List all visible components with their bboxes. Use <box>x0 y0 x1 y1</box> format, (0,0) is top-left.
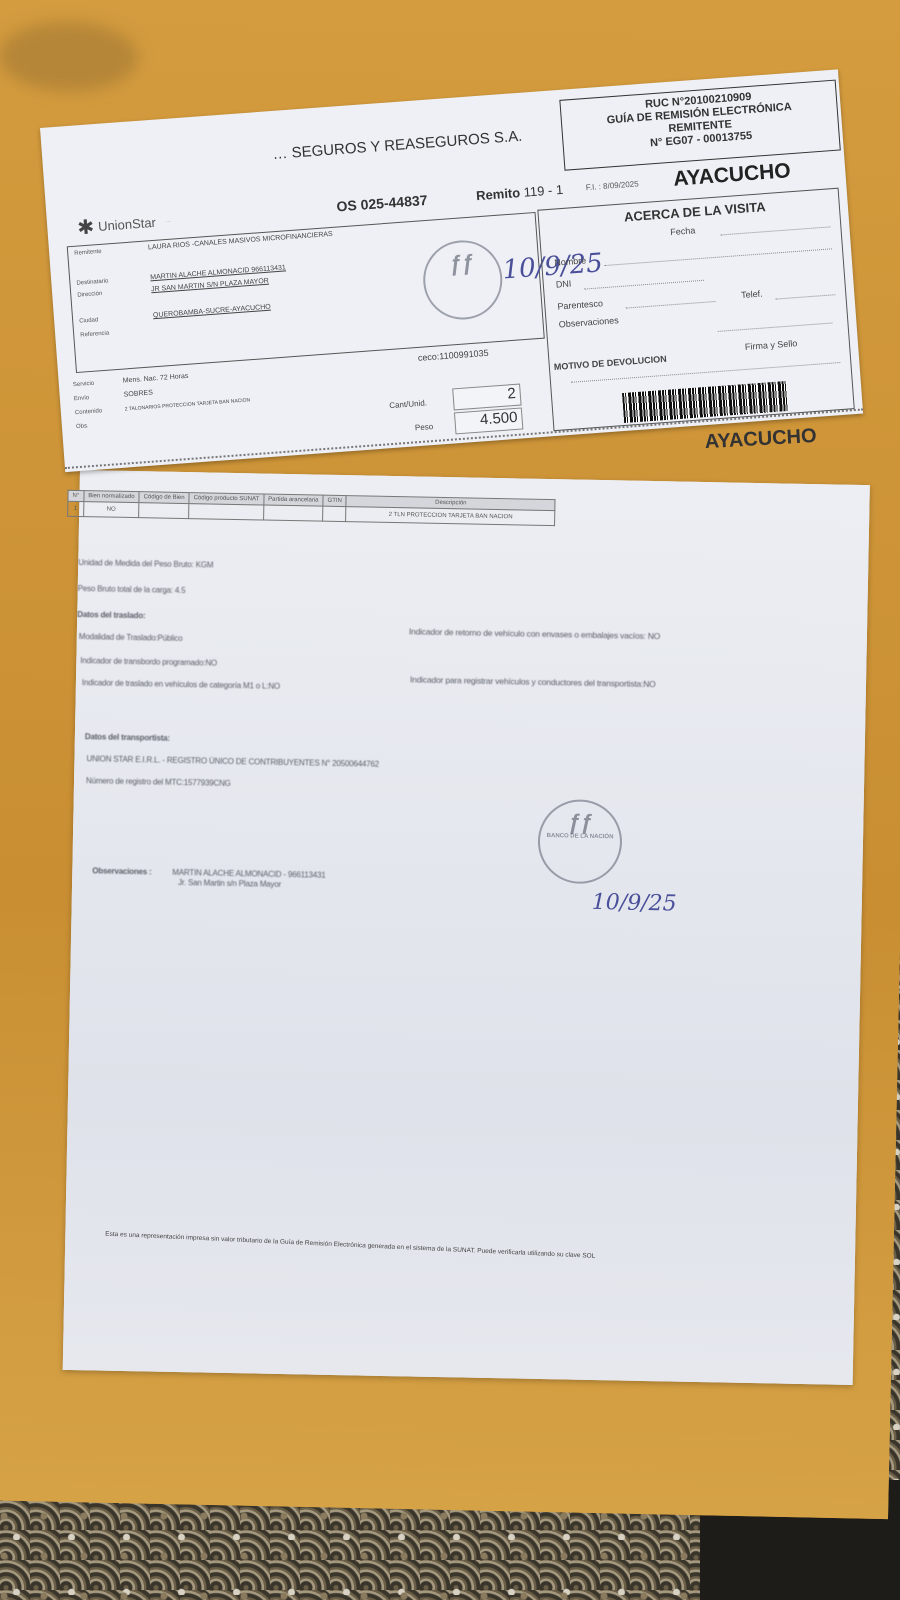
sunat-footer: Esta es una representación impresa sin v… <box>105 1231 595 1260</box>
field-label: Servicio <box>73 381 95 389</box>
dni-field[interactable] <box>584 279 704 290</box>
field-label: Envío <box>74 395 90 402</box>
vehicle-category-text: Indicador de traslado en vehículos de ca… <box>82 678 280 691</box>
ruc-box: RUC N°20100210909 GUÍA DE REMISIÓN ELECT… <box>559 80 840 171</box>
phone-field[interactable] <box>775 293 835 299</box>
observations-field[interactable] <box>718 321 833 331</box>
shipment-value: SOBRES <box>124 389 154 398</box>
bank-logo-icon: ƒƒ <box>540 811 620 835</box>
table-cell <box>323 506 347 521</box>
weight-unit-text: Unidad de Medida del Peso Bruto: KGM <box>78 558 213 570</box>
table-cell: NO <box>83 502 139 518</box>
mtc-register-text: Número de registro del MTC:1577939CNG <box>86 776 231 788</box>
city-value: QUEROBAMBA-SUCRE-AYACUCHO <box>153 304 271 320</box>
goods-table: N° Bien normalizado Código de Bien Códig… <box>67 490 556 526</box>
bank-stamp: ƒƒ <box>420 238 505 323</box>
ceco-code: ceco:1100991035 <box>417 348 488 363</box>
address-value: JR SAN MARTIN S/N PLAZA MAYOR <box>151 278 269 294</box>
name-label: Nombre <box>554 255 587 267</box>
field-label: Ciudad <box>79 317 98 324</box>
table-header: N° <box>68 490 84 501</box>
relationship-label: Parentesco <box>557 298 603 311</box>
os-number: OS 025-44837 <box>336 192 428 215</box>
logo-text: UnionStar <box>98 215 157 234</box>
field-label: Dirección <box>77 291 102 299</box>
phone-label: Telef. <box>741 289 763 301</box>
table-cell <box>139 503 189 519</box>
remito-label: Remito <box>476 185 521 203</box>
gross-weight-text: Peso Bruto total de la carga: 4.5 <box>78 584 186 595</box>
shipping-label: … SEGUROS Y REASEGUROS S.A. RUC N°201002… <box>40 69 863 472</box>
field-label: Obs. <box>76 423 89 430</box>
issue-date: F.I. : 8/09/2025 <box>586 179 639 192</box>
unionstar-logo: ✱ UnionStar ··· <box>77 209 172 241</box>
table-cell: 1 <box>68 501 84 516</box>
destination-city: AYACUCHO <box>673 159 792 192</box>
table-cell <box>263 505 323 521</box>
table-cell: 2 TLN PROTECCION TARJETA BAN NACION <box>346 507 555 526</box>
relationship-field[interactable] <box>626 300 716 309</box>
table-header: GTIN <box>323 495 347 506</box>
quantity-value: 2 <box>452 384 521 411</box>
remito-value: 119 - 1 <box>523 182 564 200</box>
observations-address: Jr. San Martin s/n Plaza Mayor <box>178 878 281 889</box>
carrier-ruc-text: UNION STAR E.I.R.L. - REGISTRO ÚNICO DE … <box>86 754 379 769</box>
envelope-stain <box>0 20 139 93</box>
observations-label: Observaciones <box>558 315 619 329</box>
sender-value: LAURA RIOS -CANALES MASIVOS MICROFINANCI… <box>148 231 333 252</box>
stamp-text: BANCO DE LA NACIÓN <box>540 833 620 841</box>
transfer-data-title: Datos del traslado: <box>77 610 145 620</box>
field-label: Destinatario <box>76 278 108 286</box>
quantity-label: Cant/Unid. <box>389 398 427 410</box>
content-value: 2 TALONARIOS PROTECCION TARJETA BAN NACI… <box>125 397 251 412</box>
date-label: Fecha <box>670 225 696 237</box>
company-name: … SEGUROS Y REASEGUROS S.A. <box>272 128 523 163</box>
remission-guide-sheet: N° Bien normalizado Código de Bien Códig… <box>63 470 870 1385</box>
dni-label: DNI <box>555 279 571 290</box>
star-logo-icon: ✱ <box>77 214 96 240</box>
logo-phone: ··· <box>166 218 171 224</box>
bank-stamp: ƒƒ BANCO DE LA NACIÓN <box>537 799 623 885</box>
remito: Remito 119 - 1 <box>476 182 564 203</box>
transfer-mode-text: Modalidad de Traslado:Público <box>79 632 183 643</box>
weight-label: Peso <box>415 422 434 432</box>
visit-box: ACERCA DE LA VISITA Fecha Nombre DNI Par… <box>537 188 854 432</box>
field-label: Remitente <box>74 249 102 257</box>
handwritten-date: 10/9/25 <box>592 890 677 917</box>
vehicle-register-text: Indicador para registrar vehículos y con… <box>410 674 656 689</box>
weight-value: 4.500 <box>454 407 523 434</box>
bank-logo-icon: ƒƒ <box>423 250 499 277</box>
table-cell <box>189 504 264 520</box>
transshipment-text: Indicador de transbordo programado:NO <box>80 656 217 668</box>
date-field[interactable] <box>721 225 831 235</box>
service-value: Mens. Nac. 72 Horas <box>123 373 189 385</box>
field-label: Contenido <box>75 408 103 416</box>
field-label: Referencia <box>80 330 109 338</box>
observations-label: Observaciones : <box>92 866 151 876</box>
visit-title: ACERCA DE LA VISITA <box>624 199 767 224</box>
signature-label: Firma y Sello <box>745 338 798 352</box>
return-reason-label: MOTIVO DE DEVOLUCION <box>554 354 667 372</box>
return-indicator-text: Indicador de retorno de vehículo con env… <box>409 626 660 641</box>
name-field[interactable] <box>604 247 832 266</box>
carrier-title: Datos del transportista: <box>85 732 170 743</box>
